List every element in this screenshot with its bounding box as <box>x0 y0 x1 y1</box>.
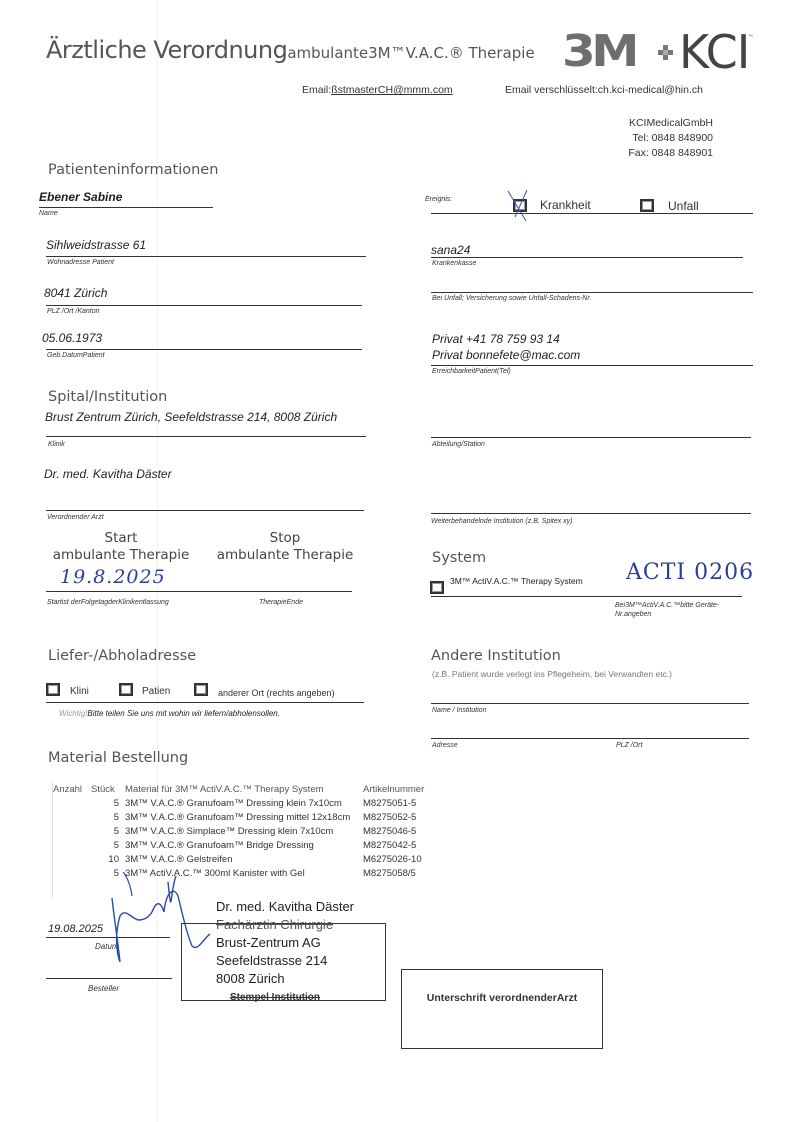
other-institution-name-label: Name / Institution <box>432 707 486 714</box>
patient-name-line <box>39 207 213 208</box>
start-therapy-heading: Start ambulante Therapie <box>46 530 196 564</box>
document-title: Ärztliche Verordnungambulante3M™V.A.C.® … <box>46 36 535 64</box>
therapy-dates-line <box>46 591 352 592</box>
delivery-option-other-label: anderer Ort (rechts angeben) <box>218 688 335 698</box>
material-name: 3M™ V.A.C.® Simplace™ Dressing klein 7x1… <box>122 824 360 838</box>
material-stueck: 10 <box>88 852 122 866</box>
other-institution-address-line[interactable] <box>431 738 749 739</box>
stop-title-line-2: ambulante Therapie <box>210 547 360 564</box>
clinic-value[interactable]: Brust Zentrum Zürich, Seefeldstrasse 214… <box>45 410 337 424</box>
material-anzahl <box>50 838 88 852</box>
device-label-line-2: Nr.angeben <box>615 610 719 619</box>
device-number-label: Bei3M™ActiV.A.C.™bitte Geräte- Nr.angebe… <box>615 601 719 619</box>
device-label-line-1: Bei3M™ActiV.A.C.™bitte Geräte- <box>615 601 719 610</box>
stop-title-line-1: Stop <box>210 530 360 547</box>
insurance-label: Krankenkasse <box>432 260 476 267</box>
stamp-line-city: 8008 Zürich <box>216 970 354 988</box>
company-fax: Fax: 0848 848901 <box>553 146 713 161</box>
contact-phone-value[interactable]: Privat +41 78 759 93 14 <box>432 332 560 346</box>
col-material: Material für 3M™ ActiV.A.C.™ Therapy Sys… <box>122 782 360 796</box>
material-name: 3M™ V.A.C.® Granufoam™ Bridge Dressing <box>122 838 360 852</box>
follow-up-line[interactable] <box>431 513 751 514</box>
department-line[interactable] <box>431 437 751 438</box>
delivery-note-prefix: Wichtig! <box>59 709 87 718</box>
orderer-label: Besteller <box>88 984 119 993</box>
material-row: 103M™ V.A.C.® GelstreifenM6275026-10 <box>50 852 427 866</box>
event-label: Ereignis: <box>425 196 452 203</box>
system-line <box>431 596 742 597</box>
stamp-line-street: Seefeldstrasse 214 <box>216 952 354 970</box>
insurance-value[interactable]: sana24 <box>431 243 470 257</box>
section-title-materials: Material Bestellung <box>48 750 188 766</box>
section-title-system: System <box>432 550 486 566</box>
order-date-value[interactable]: 19.08.2025 <box>48 923 103 935</box>
delivery-option-klinik-label: Klini <box>70 686 89 697</box>
start-date-handwritten[interactable]: 19.8.2025 <box>60 566 166 588</box>
checkbox-activac-system[interactable] <box>430 581 444 594</box>
material-row: 53M™ V.A.C.® Simplace™ Dressing klein 7x… <box>50 824 427 838</box>
material-anzahl <box>50 852 88 866</box>
material-article-number: M8275052-5 <box>360 810 427 824</box>
section-title-other-institution: Andere Institution <box>431 648 561 664</box>
patient-address-line <box>46 256 366 257</box>
device-number-handwritten[interactable]: ACTI 0206 <box>626 560 754 585</box>
col-anzahl: Anzahl <box>50 782 88 796</box>
other-institution-subtitle: (z.B. Patient wurde verlegt ins Pflegehe… <box>432 669 672 679</box>
stop-date-label: TherapieEnde <box>259 599 303 606</box>
event-option-krankheit-label: Krankheit <box>540 198 591 212</box>
trademark-icon: ™ <box>748 34 753 40</box>
delivery-option-patient-label: Patien <box>142 686 170 697</box>
material-anzahl <box>50 824 88 838</box>
material-article-number: M8275046-5 <box>360 824 427 838</box>
stamp-line-specialty: Fachärztin Chirurgie <box>216 916 354 934</box>
material-name: 3M™ V.A.C.® Gelstreifen <box>122 852 360 866</box>
material-anzahl <box>50 866 88 880</box>
contact-email-value[interactable]: Privat bonnefete@mac.com <box>432 348 580 362</box>
logo-kci: KCI <box>679 28 749 76</box>
accident-insurance-label: Bei Unfall; Versicherung sowie Unfall-Sc… <box>432 295 591 302</box>
stop-therapy-heading: Stop ambulante Therapie <box>210 530 360 564</box>
other-institution-name-line[interactable] <box>431 703 749 704</box>
title-subtitle: ambulante3M™V.A.C.® Therapie <box>287 44 534 62</box>
orderer-line <box>46 978 172 979</box>
start-date-label: Startist derFolgetagderKlinikentlassung <box>47 599 169 606</box>
checkbox-delivery-klinik[interactable] <box>46 683 60 696</box>
header-email-encrypted: Email verschlüsselt:ch.kci-medical@hin.c… <box>505 84 703 96</box>
patient-city-label: PLZ /Ort /Kanton <box>47 308 100 315</box>
patient-birthdate-value[interactable]: 05.06.1973 <box>42 331 102 345</box>
patient-name-value[interactable]: Ebener Sabine <box>39 190 122 204</box>
patient-city-value[interactable]: 8041 Zürich <box>44 286 107 300</box>
other-institution-plz-label: PLZ /Ort <box>616 742 642 749</box>
delivery-note: Wichtig!Bitte teilen Sie uns mit wohin w… <box>59 709 280 718</box>
company-name: KCIMedicalGmbH <box>553 116 713 131</box>
delivery-line <box>46 702 364 703</box>
material-article-number: M8275058/5 <box>360 866 427 880</box>
event-option-unfall-label: Unfall <box>668 199 699 213</box>
stamp-line-clinic: Brust-Zentrum AG <box>216 934 354 952</box>
checkbox-delivery-other[interactable] <box>194 683 208 696</box>
company-info: KCIMedicalGmbH Tel: 0848 848900 Fax: 084… <box>553 116 713 161</box>
system-option-label: 3M™ ActiV.A.C.™ Therapy System <box>450 576 583 586</box>
patient-birthdate-line <box>46 349 362 350</box>
section-title-institution: Spital/Institution <box>48 389 167 405</box>
stamp-label: Stempel Institution <box>230 992 320 1003</box>
doctor-signature-label: Unterschrift verordnenderArzt <box>402 992 602 1004</box>
material-name: 3M™ V.A.C.® Granufoam™ Dressing mittel 1… <box>122 810 360 824</box>
material-row: 53M™ V.A.C.® Granufoam™ Dressing mittel … <box>50 810 427 824</box>
title-main: Ärztliche Verordnung <box>46 36 287 64</box>
doctor-value[interactable]: Dr. med. Kavitha Däster <box>44 467 172 481</box>
material-anzahl <box>50 810 88 824</box>
clinic-line <box>46 436 366 437</box>
accident-insurance-line[interactable] <box>431 292 753 293</box>
checkbox-krankheit[interactable] <box>513 199 527 212</box>
follow-up-label: Weiterbehandelnde Institution (z.B. Spit… <box>431 518 573 525</box>
doctor-line <box>46 510 364 511</box>
patient-address-value[interactable]: Sihlweidstrasse 61 <box>46 238 146 252</box>
patient-name-label: Name <box>39 210 58 217</box>
other-institution-address-label: Adresse <box>432 742 458 749</box>
material-anzahl <box>50 796 88 810</box>
plus-icon <box>658 45 672 59</box>
department-label: Abteilung/Station <box>432 441 485 448</box>
material-article-number: M6275026-10 <box>360 852 427 866</box>
material-stueck: 5 <box>88 810 122 824</box>
institution-stamp: Dr. med. Kavitha Däster Fachärztin Chiru… <box>216 898 354 988</box>
contact-label: ErreichbarkeitPatient(Tel) <box>432 368 511 375</box>
doctor-label: Verordnender Arzt <box>47 514 104 521</box>
patient-address-label: Wohnadresse Patient <box>47 259 114 266</box>
clinic-label: Klinik <box>48 441 65 448</box>
start-title-line-2: ambulante Therapie <box>46 547 196 564</box>
col-artikel: Artikelnummer <box>360 782 427 796</box>
hand-cross-mark-icon <box>505 189 531 223</box>
patient-birthdate-label: Geb.DatumPatient <box>47 352 105 359</box>
event-line <box>431 213 753 214</box>
doctor-signature-box[interactable]: Unterschrift verordnenderArzt <box>401 969 603 1049</box>
material-row: 53M™ V.A.C.® Granufoam™ Bridge DressingM… <box>50 838 427 852</box>
material-article-number: M8275051-5 <box>360 796 427 810</box>
start-title-line-1: Start <box>46 530 196 547</box>
material-name: 3M™ V.A.C.® Granufoam™ Dressing klein 7x… <box>122 796 360 810</box>
patient-city-line <box>46 305 362 306</box>
materials-table: Anzahl Stück Material für 3M™ ActiV.A.C.… <box>50 782 427 880</box>
delivery-note-text: Bitte teilen Sie uns mit wohin wir liefe… <box>87 709 280 718</box>
contact-line <box>431 365 753 366</box>
checkbox-unfall[interactable] <box>640 199 654 212</box>
material-stueck: 5 <box>88 838 122 852</box>
header-email: Email:ßstmasterCH@mmm.com <box>302 84 453 96</box>
checkbox-delivery-patient[interactable] <box>119 683 133 696</box>
col-stueck: Stück <box>88 782 122 796</box>
material-stueck: 5 <box>88 796 122 810</box>
logo-3m: 3M <box>562 28 635 76</box>
material-stueck: 5 <box>88 824 122 838</box>
email-link[interactable]: ßstmasterCH@mmm.com <box>331 84 453 96</box>
insurance-line <box>431 257 743 258</box>
stamp-line-doctor: Dr. med. Kavitha Däster <box>216 898 354 916</box>
3m-kci-logo: 3M KCI ™ <box>562 28 752 76</box>
section-title-delivery: Liefer-/Abholadresse <box>48 648 196 664</box>
company-tel: Tel: 0848 848900 <box>553 131 713 146</box>
material-row: 53M™ V.A.C.® Granufoam™ Dressing klein 7… <box>50 796 427 810</box>
materials-table-header: Anzahl Stück Material für 3M™ ActiV.A.C.… <box>50 782 427 796</box>
section-title-patient: Patienteninformationen <box>48 162 218 178</box>
material-article-number: M8275042-5 <box>360 838 427 852</box>
email-label: Email: <box>302 84 331 96</box>
